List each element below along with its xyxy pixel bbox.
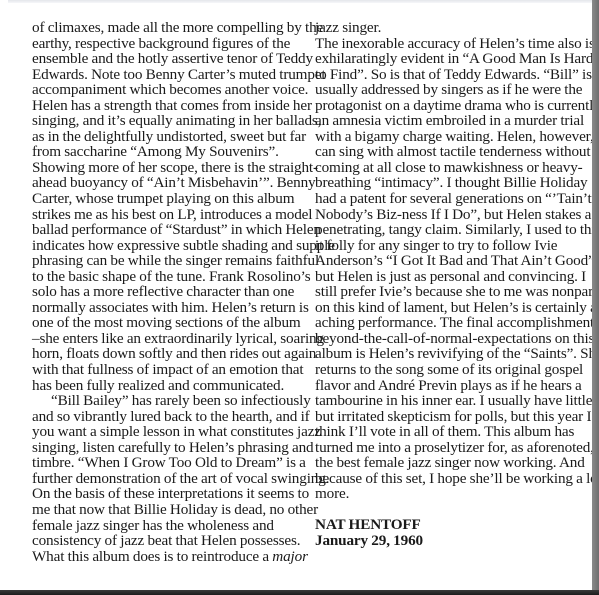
text-line: exhilaratingly evident in “A Good Man Is… (315, 51, 583, 67)
text-line: Anderson’s “I Got It Bad and That Ain’t … (315, 253, 583, 269)
text-line: an amnesia victim embroiled in a murder … (315, 113, 583, 129)
text-line: to Find”. So is that of Teddy Edwards. “… (315, 67, 583, 83)
text-line: has been fully realized and communicated… (32, 378, 300, 394)
text-line: turned me into a proselytizer for, as af… (315, 440, 583, 456)
text-line: as in the delightfully undistorted, swee… (32, 129, 300, 145)
text-line: coming at all close to mawkishness or he… (315, 160, 583, 176)
text-line: ahead buoyancy of “Ain’t Misbehavin’”. B… (32, 175, 300, 191)
text-line: Edwards. Note too Benny Carter’s muted t… (32, 67, 300, 83)
text-line: jazz singer. (315, 20, 583, 36)
text-line: flavor and André Previn plays as if he h… (315, 378, 583, 394)
text-line: returns to the song some of its original… (315, 362, 583, 378)
text-line: of climaxes, made all the more compellin… (32, 20, 300, 36)
text-line: phrasing can be while the singer remains… (32, 253, 300, 269)
page-top-edge (8, 0, 592, 3)
text-line: protagonist on a daytime drama who is cu… (315, 98, 583, 114)
text-line: Carter, whose trumpet playing on this al… (32, 191, 300, 207)
right-column: jazz singer. The inexorable accuracy of … (315, 20, 583, 549)
text-line: –she enters like an extraordinarily lyri… (32, 331, 300, 347)
text-line: from saccharine “Among My Souvenirs”. (32, 144, 300, 160)
text-line: more. (315, 486, 583, 502)
text-line: timbre. “When I Grow Too Old to Dream” i… (32, 455, 300, 471)
text-line: album is Helen’s revivifying of the “Sai… (315, 346, 583, 362)
page-bottom-edge (0, 590, 599, 595)
text-line: had a patent for several generations on … (315, 191, 583, 207)
paragraph-start-line: “Bill Bailey” has rarely been so infecti… (32, 393, 300, 409)
text-line: On the basis of these interpretations it… (32, 486, 300, 502)
text-line: singing, listen carefully to Helen’s phr… (32, 440, 300, 456)
text-line: strikes me as his best on LP, introduces… (32, 207, 300, 223)
text-line: consistency of jazz beat that Helen poss… (32, 533, 300, 549)
text-line: can sing with almost tactile tenderness … (315, 144, 583, 160)
text-line: ballad performance of “Stardust” in whic… (32, 222, 300, 238)
text-line: because of this set, I hope she’ll be wo… (315, 471, 583, 487)
text-line: earthy, respective background figures of… (32, 36, 300, 52)
page-right-edge (592, 0, 599, 595)
text-line: and so vibrantly lured back to the heart… (32, 409, 300, 425)
text-line: tambourine in his inner ear. I usually h… (315, 393, 583, 409)
text-line: one of the most moving sections of the a… (32, 315, 300, 331)
text-line: Nobody’s Biz-ness If I Do”, but Helen st… (315, 207, 583, 223)
text-line: horn, floats down softly and then rides … (32, 346, 300, 362)
text-line: penetrating, tangy claim. Similarly, I u… (315, 222, 583, 238)
left-column: of climaxes, made all the more compellin… (32, 20, 300, 564)
text-line: the best female jazz singer now working.… (315, 455, 583, 471)
emphasized-word: major (272, 548, 308, 565)
text-line: it folly for any singer to try to follow… (315, 238, 583, 254)
author-name: NAT HENTOFF (315, 517, 583, 533)
text-line: me that now that Billie Holiday is dead,… (32, 502, 300, 518)
text-line: further demonstration of the art of voca… (32, 471, 300, 487)
text-line-last: What this album does is to reintroduce a… (32, 549, 300, 565)
text-line: ensemble and the hotly assertive tenor o… (32, 51, 300, 67)
text-line: think I’ll vote in all of them. This alb… (315, 424, 583, 440)
text-line: with that fullness of impact of an emoti… (32, 362, 300, 378)
text-line: but Helen is just as personal and convin… (315, 269, 583, 285)
text-line: breathing “intimacy”. I thought Billie H… (315, 175, 583, 191)
text-line: beyond-the-call-of-normal-expectations o… (315, 331, 583, 347)
text-line: to the basic shape of the tune. Frank Ro… (32, 269, 300, 285)
text-line: normally associates with him. Helen’s re… (32, 300, 300, 316)
text-line: accompaniment which becomes another voic… (32, 82, 300, 98)
text-fragment: What this album does is to reintroduce a (32, 548, 272, 565)
text-line: indicates how expressive subtle shading … (32, 238, 300, 254)
text-line: female jazz singer has the wholeness and (32, 518, 300, 534)
liner-notes-page: of climaxes, made all the more compellin… (0, 0, 592, 590)
signature-spacer (315, 502, 583, 518)
text-line: aching performance. The final accomplish… (315, 315, 583, 331)
text-line: solo has a more reflective character tha… (32, 284, 300, 300)
text-line: on this kind of lament, but Helen’s is c… (315, 300, 583, 316)
text-line: singing, and it’s equally animating in h… (32, 113, 300, 129)
text-line: usually addressed by singers as if he we… (315, 82, 583, 98)
text-line: Showing more of her scope, there is the … (32, 160, 300, 176)
text-line: you want a simple lesson in what constit… (32, 424, 300, 440)
text-line: The inexorable accuracy of Helen’s time … (315, 36, 583, 52)
signature-date: January 29, 1960 (315, 533, 583, 549)
text-line: still prefer Ivie’s because she to me wa… (315, 284, 583, 300)
text-line: Helen has a strength that comes from ins… (32, 98, 300, 114)
text-line: but irritated skepticism for polls, but … (315, 409, 583, 425)
text-line: with a bigamy charge waiting. Helen, how… (315, 129, 583, 145)
